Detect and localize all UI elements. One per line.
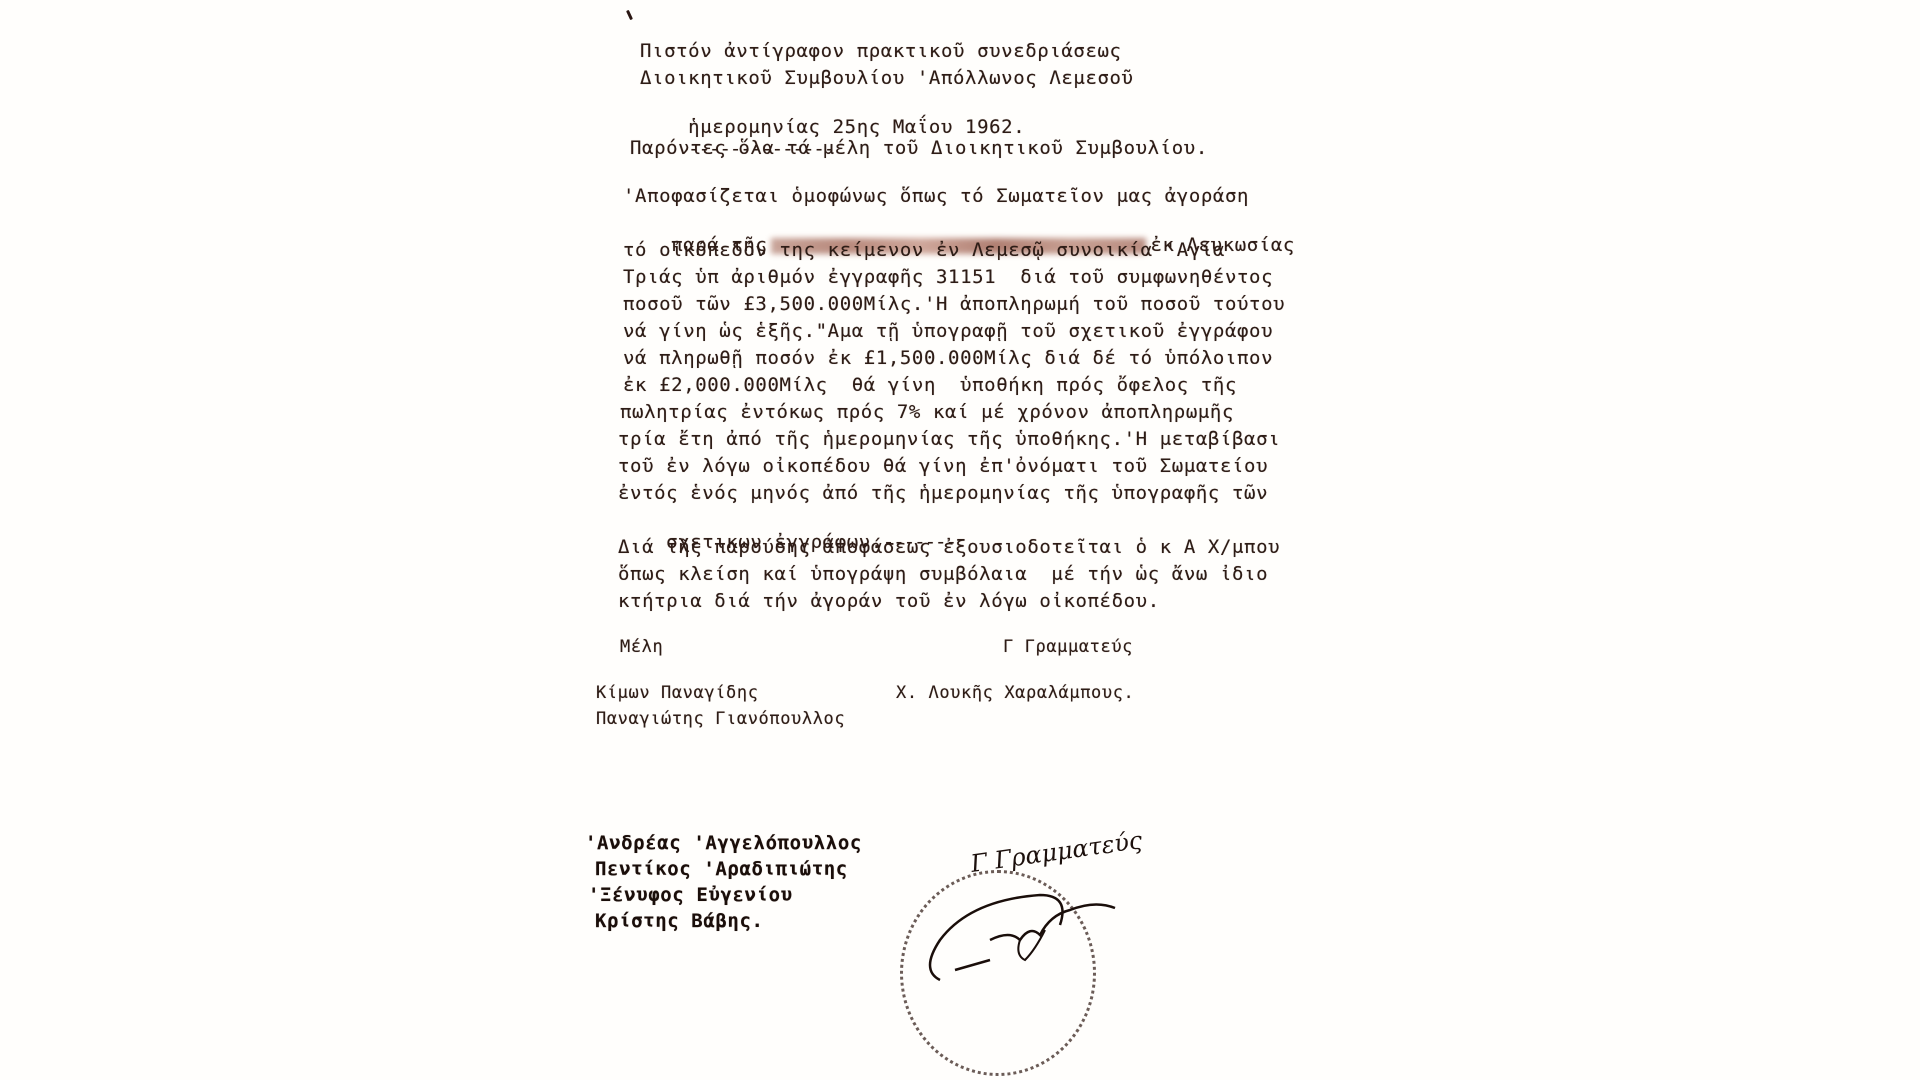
authorization-line: ὅπως κλείση καί ὑπογράψη συμβόλαια μέ τή… [618, 563, 1268, 585]
member-name: Κίμων Παναγίδης [596, 683, 759, 703]
body-line: Τριάς ὑπ ἀριθμόν ἐγγραφῆς 31151 διά τοῦ … [623, 266, 1273, 288]
scanned-document-page: Πιστόν ἀντίγραφον πρακτικοῦ συνεδριάσεως… [0, 0, 1920, 1080]
members-label: Μέλη [620, 637, 663, 657]
secretary-label: Γ Γραμματεύς [1003, 637, 1133, 657]
secretary-name: Χ. Λουκῆς Χαραλάμπους. [896, 683, 1134, 703]
body-line: τό οἰκόπεδόν της κείμενον ἐν Λεμεσῷ συνο… [623, 239, 1225, 261]
member-name-bold: Πεντίκος 'Αραδιπιώτης [595, 858, 848, 880]
body-line: ποσοῦ τῶν £3,500.000Μίλς.'Η ἀποπληρωμή τ… [623, 293, 1285, 315]
authorization-line: Διά τῆς παρούσης ἀποφάσεως ἐξουσιοδοτεῖτ… [618, 536, 1280, 558]
heading-line-2: Διοικητικοῦ Συμβουλίου 'Απόλλωνος Λεμεσο… [640, 67, 1134, 89]
member-name-bold: 'Ξένυφος Εὐγενίου [588, 884, 793, 906]
body-line-1: 'Αποφασίζεται ὁμοφώνως ὅπως τό Σωματεῖον… [623, 185, 1249, 207]
body-line: νά γίνη ὡς ἑξῆς."Αμα τῇ ὑπογραφῇ τοῦ σχε… [623, 320, 1273, 342]
handwritten-secretary-label: Γ Γραμματεύς [969, 826, 1144, 878]
body-line: ἐκ £2,000.000Μίλς θά γίνη ὑποθήκη πρός ὄ… [623, 374, 1237, 396]
body-line: πωλητρίας ἐντόκως πρός 7% καί μέ χρόνον … [620, 401, 1234, 423]
member-name-bold: Κρίστης Βάβης. [595, 910, 764, 932]
member-name-bold: 'Ανδρέας 'Αγγελόπουλλος [585, 832, 862, 854]
heading-date: ἡμερομηνίας 25ης Μαΐου 1962. [688, 116, 1025, 138]
member-name: Παναγιώτης Γιανόπουλλος [596, 709, 845, 729]
handwritten-signature [920, 880, 1120, 990]
body-line: τρία ἔτη ἀπό τῆς ἡμερομηνίας τῆς ὑποθήκη… [618, 428, 1280, 450]
stray-mark [626, 10, 633, 20]
authorization-line: κτήτρια διά τήν ἀγοράν τοῦ ἐν λόγω οἰκοπ… [618, 590, 1160, 612]
body-line: τοῦ ἐν λόγω οἰκοπέδου θά γίνη ἐπ'ὀνόματι… [618, 455, 1268, 477]
heading-line-1: Πιστόν ἀντίγραφον πρακτικοῦ συνεδριάσεως [640, 40, 1122, 62]
attendance-line: Παρόντες ὅλα τά μέλη τοῦ Διοικητικοῦ Συμ… [630, 137, 1208, 159]
body-line: ἐντός ἑνός μηνός ἀπό τῆς ἡμερομηνίας τῆς… [618, 482, 1268, 504]
body-line: νά πληρωθῇ ποσόν ἐκ £1,500.000Μίλς διά δ… [623, 347, 1273, 369]
